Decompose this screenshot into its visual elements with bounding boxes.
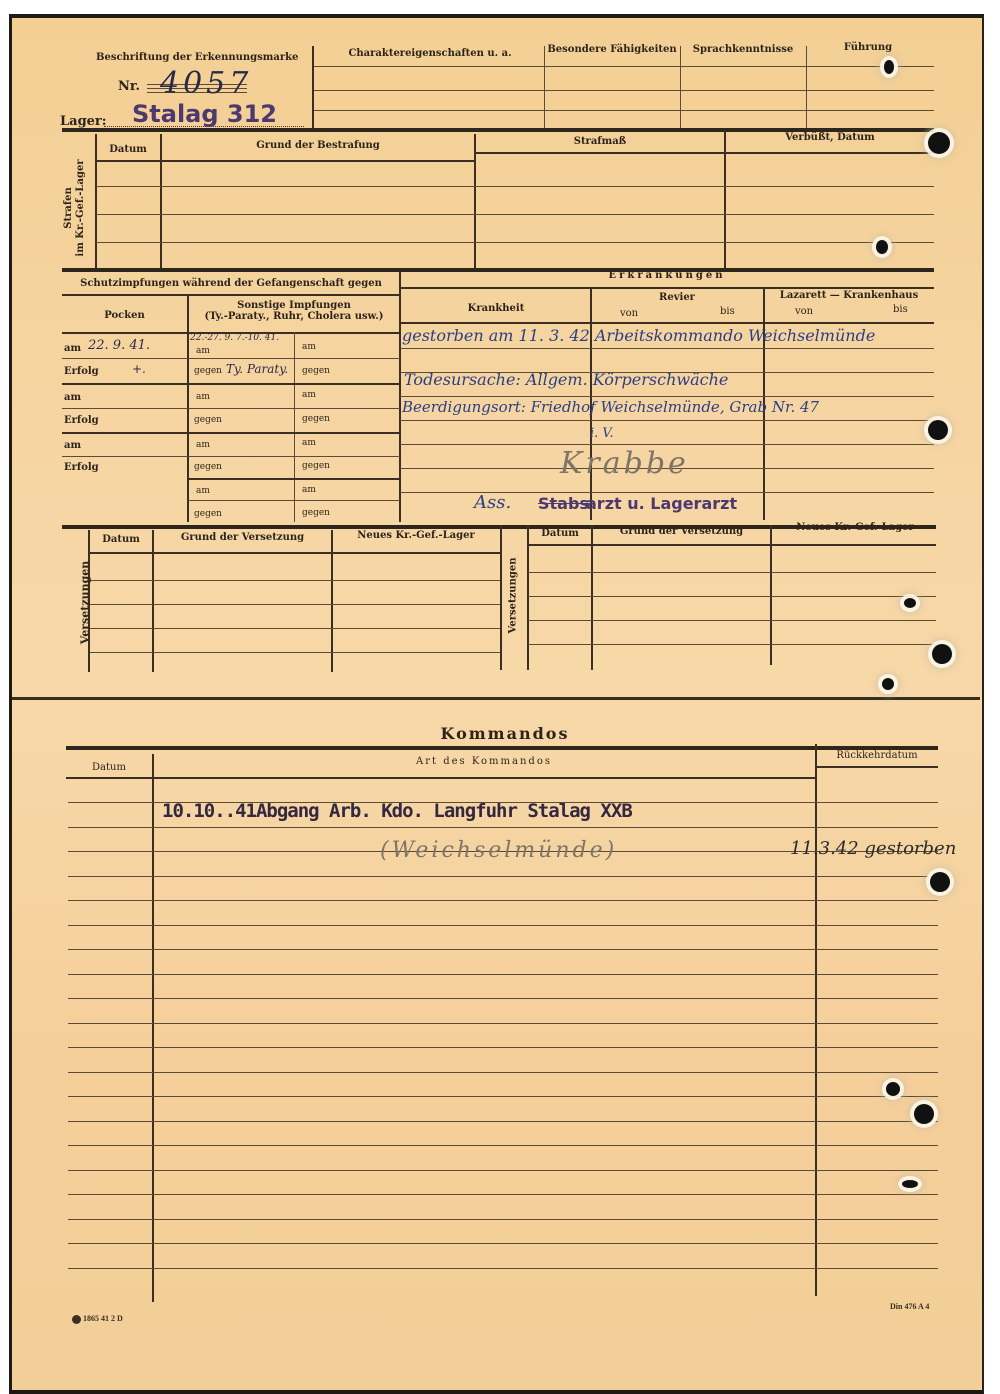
- col-revier: Revier: [592, 292, 762, 303]
- col-transfer-reason-2: Grund der Versetzung: [593, 526, 770, 537]
- lazarett-von: von: [795, 306, 813, 317]
- revier-bis: bis: [720, 306, 735, 317]
- other-gegen-4: gegen: [194, 509, 222, 519]
- ruled-line: [68, 900, 938, 901]
- din-code: Din 476 A 4: [890, 1302, 929, 1311]
- ruled-line: [68, 998, 938, 999]
- punch-hole: [928, 132, 950, 154]
- copyright-icon: [72, 1315, 81, 1324]
- other-am-1: am: [196, 346, 210, 356]
- vacc-title: Schutzimpfungen während der Gefangenscha…: [62, 278, 400, 289]
- punch-hole: [886, 1082, 900, 1096]
- ruled-line: [68, 1170, 938, 1171]
- other-gegen-3: gegen: [194, 462, 222, 472]
- ruled-line: [68, 925, 938, 926]
- col-punish-date: Datum: [96, 144, 160, 155]
- lager-stamp: Stalag 312: [132, 100, 277, 128]
- ruled-line: [68, 1268, 938, 1269]
- other-gegen-1-right: gegen: [302, 366, 330, 376]
- punch-hole: [876, 240, 888, 254]
- kommando-location-note: (Weichselmünde): [380, 838, 617, 863]
- ruled-line: [68, 1219, 938, 1220]
- punch-hole: [882, 678, 894, 690]
- fold-line: [12, 697, 980, 700]
- ruled-line: [68, 1121, 938, 1122]
- other-gegen-2-right: gegen: [302, 414, 330, 424]
- illness-title: Erkrankungen: [400, 270, 934, 281]
- kommandos-title: Kommandos: [60, 724, 950, 743]
- col-punish-reason: Grund der Bestrafung: [162, 140, 474, 151]
- pocken-am-1: am: [64, 343, 81, 354]
- other-am-3: am: [196, 440, 210, 450]
- ruled-line: [68, 876, 938, 877]
- pocken-result-1: Erfolg: [64, 366, 99, 377]
- ruled-line: [68, 1047, 938, 1048]
- col-punish-served: Verbüßt, Datum: [726, 132, 934, 143]
- other-type-1: Ty. Paraty.: [226, 362, 288, 376]
- cause-of-death: Todesursache: Allgem. Körperschwäche: [404, 370, 728, 389]
- other-am-3-right: am: [302, 438, 316, 448]
- lazarett-bis: bis: [893, 304, 908, 315]
- col-languages: Sprachkenntnisse: [682, 44, 804, 55]
- pocken-am-3: am: [64, 440, 81, 451]
- col-illness: Krankheit: [402, 303, 590, 314]
- col-kdo-return: Rückkehrdatum: [817, 750, 937, 761]
- signature: Krabbe: [560, 446, 689, 481]
- return-date-note: 11.3.42 gestorben: [790, 838, 956, 859]
- col-other-vacc: Sonstige Impfungen (Ty.-Paraty., Ruhr, C…: [189, 300, 399, 322]
- col-transfer-date-2: Datum: [529, 528, 591, 539]
- col-conduct: Führung: [808, 42, 928, 53]
- pocken-result-2: Erfolg: [64, 415, 99, 426]
- pocken-result-value-1: +.: [132, 362, 146, 376]
- revier-von: von: [620, 308, 638, 319]
- col-transfer-camp-1: Neues Kr.-Gef.-Lager: [333, 530, 499, 541]
- pocken-result-3: Erfolg: [64, 462, 99, 473]
- ruled-line: [68, 1096, 938, 1097]
- col-transfer-date-1: Datum: [90, 534, 152, 545]
- col-character: Charaktereigenschaften u. a.: [318, 48, 542, 59]
- other-date-1: 22.-27. 9. 7.-10. 41.: [190, 333, 279, 343]
- punch-hole: [930, 872, 950, 892]
- pocken-date-1: 22. 9. 41.: [88, 338, 150, 353]
- punish-side-label: Strafen im Kr.-Gef.-Lager: [63, 153, 87, 263]
- ruled-line: [68, 974, 938, 975]
- other-gegen-1: gegen: [194, 366, 222, 376]
- punch-hole: [914, 1104, 934, 1124]
- ruled-line: [68, 1145, 938, 1146]
- ruled-line: [68, 949, 938, 950]
- other-am-1-right: am: [302, 342, 316, 352]
- kommando-entry: 10.10..41Abgang Arb. Kdo. Langfuhr Stala…: [162, 800, 632, 822]
- ruled-line: [68, 1023, 938, 1024]
- punch-hole: [928, 420, 948, 440]
- other-gegen-3-right: gegen: [302, 461, 330, 471]
- col-pocken: Pocken: [62, 310, 187, 321]
- punch-hole: [904, 598, 916, 608]
- other-am-4: am: [196, 486, 210, 496]
- col-abilities: Besondere Fähigkeiten: [546, 44, 678, 55]
- stamp-struck-word: Stabs: [538, 494, 589, 513]
- transfers-side-label-2: Versetzungen: [508, 541, 519, 651]
- other-gegen-2: gegen: [194, 415, 222, 425]
- ruled-line: [68, 1194, 938, 1195]
- tag-label: Beschriftung der Erkennungsmarke: [96, 52, 298, 63]
- col-kdo-type: Art des Kommandos: [154, 756, 814, 767]
- transfers-side-label-1: Versetzungen: [79, 548, 92, 658]
- col-lazarett: Lazarett — Krankenhaus: [765, 290, 933, 301]
- nr-label: Nr.: [118, 79, 140, 94]
- pocken-am-2: am: [64, 392, 81, 403]
- rank-prefix: Ass.: [474, 492, 511, 513]
- nr-value: 4057: [160, 66, 252, 101]
- col-transfer-camp-2: Neues Kr.-Gef.-Lager: [772, 522, 938, 533]
- burial-place: Beerdigungsort: Friedhof Weichselmünde, …: [402, 398, 819, 416]
- punch-hole: [884, 60, 894, 74]
- col-punish-measure: Strafmaß: [476, 136, 724, 147]
- stamp-camp-doctor: arzt u. Lagerarzt: [586, 494, 737, 513]
- col-kdo-date: Datum: [66, 762, 152, 773]
- col-transfer-reason-1: Grund der Versetzung: [154, 532, 331, 543]
- ruled-line: [68, 1243, 938, 1244]
- ruled-line: [68, 1072, 938, 1073]
- punch-hole: [902, 1180, 918, 1188]
- record-card: [9, 14, 984, 1394]
- lager-label: Lager:: [60, 114, 107, 129]
- on-behalf: i. V.: [590, 426, 614, 441]
- other-gegen-4-right: gegen: [302, 508, 330, 518]
- print-code: 1865 41 2 D: [72, 1314, 123, 1324]
- ruled-line: [68, 827, 938, 828]
- other-am-4-right: am: [302, 485, 316, 495]
- other-am-2: am: [196, 392, 210, 402]
- punch-hole: [932, 644, 952, 664]
- other-am-2-right: am: [302, 390, 316, 400]
- death-note: gestorben am 11. 3. 42 Arbeitskommando W…: [402, 326, 875, 345]
